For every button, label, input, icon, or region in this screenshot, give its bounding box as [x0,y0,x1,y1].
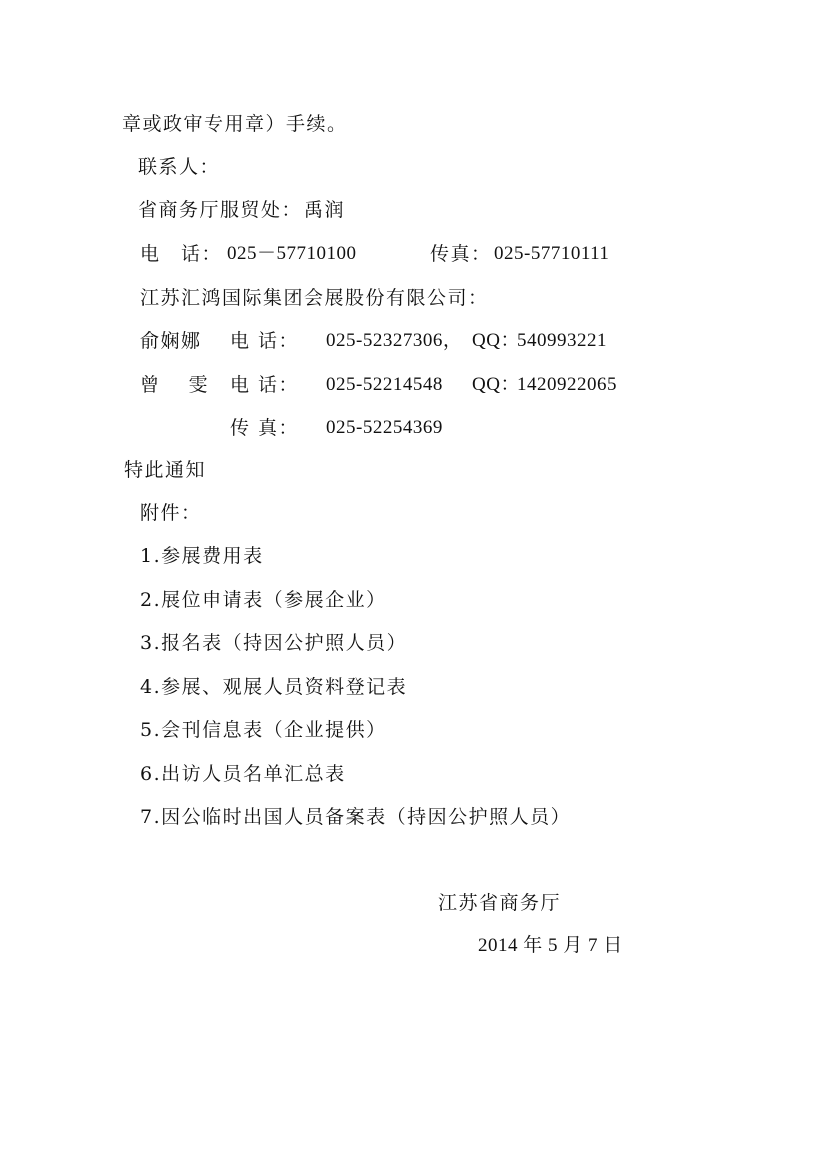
attachment-item: 5.会刊信息表（企业提供） [140,718,387,742]
dept-label: 省商务厅服贸处： [138,198,302,222]
attachment-item: 1.参展费用表 [140,544,264,568]
attachment-item: 6.出访人员名单汇总表 [140,762,346,786]
contact-phone-label: 电 话： [230,329,299,353]
contact-qq: 540993221 [517,329,607,353]
dept-contact-name: 禹润 [304,198,345,222]
contact-qq-label: QQ： [472,329,520,353]
signature-issuer: 江苏省商务厅 [438,891,561,915]
contact-qq-label: QQ： [472,373,520,397]
attachment-item: 7.因公临时出国人员备案表（持因公护照人员） [140,805,571,829]
company-name: 江苏汇鸿国际集团会展股份有限公司： [140,286,489,310]
contact-phone: 025-52327306， [326,329,462,353]
attachments-heading: 附件： [140,501,202,525]
dept-phone-label: 电 话： [140,242,222,266]
attachment-item: 4.参展、观展人员资料登记表 [140,675,407,699]
attachment-item: 3.报名表（持因公护照人员） [140,631,407,655]
opening-line: 章或政审专用章）手续。 [122,112,348,136]
contact-name: 曾 雯 [140,373,209,397]
contact-name: 俞娴娜 [140,329,202,353]
contact-phone-label: 电 话： [230,373,299,397]
company-fax-label: 传 真： [230,416,299,440]
attachment-item: 2.展位申请表（参展企业） [140,588,387,612]
dept-fax-label: 传真： [430,242,492,266]
dept-phone: 025－57710100 [227,242,357,266]
contacts-heading: 联系人： [138,155,220,179]
contact-qq: 1420922065 [517,373,617,397]
dept-fax: 025-57710111 [494,242,609,266]
signature-date: 2014 年 5 月 7 日 [478,934,623,958]
company-fax: 025-52254369 [326,416,443,440]
notice-closing: 特此通知 [124,458,206,482]
contact-phone: 025-52214548 [326,373,443,397]
